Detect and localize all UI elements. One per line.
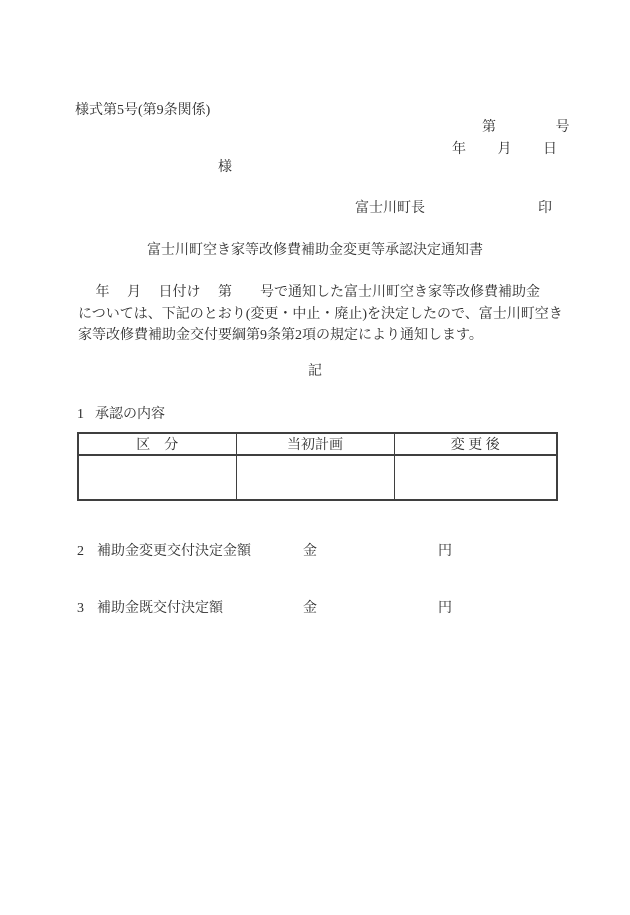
body-paragraph: 年 月 日付け 第 号で通知した富士川町空き家等改修費補助金 については、下記の… [78, 282, 563, 347]
record-marker: 記 [0, 364, 630, 379]
table-row [78, 455, 557, 500]
table-header-category: 区 分 [78, 433, 236, 455]
form-number: 様式第5号(第9条関係) [75, 103, 210, 118]
document-page: 様式第5号(第9条関係) 第 号 年 月 日 様 富士川町長 印 富士川町空き家… [0, 0, 630, 915]
document-title: 富士川町空き家等改修費補助金変更等承認決定通知書 [0, 243, 630, 258]
seal-mark: 印 [538, 201, 552, 216]
section-3-number: 3 [77, 601, 84, 616]
section-2-label: 補助金変更交付決定金額 [97, 544, 251, 559]
body-line: については、下記のとおり(変更・中止・廃止)を決定したので、富士川町空き [78, 304, 563, 326]
table-cell-after-change [394, 455, 557, 500]
section-1-label: 承認の内容 [95, 407, 165, 422]
recipient-honorific: 様 [218, 160, 232, 175]
table-cell-category [78, 455, 236, 500]
issuer-name: 富士川町長 [355, 201, 425, 216]
section-3-label: 補助金既交付決定額 [97, 601, 223, 616]
issue-date: 年 月 日 [452, 142, 557, 157]
table-header-after-change: 変 更 後 [394, 433, 557, 455]
body-line: 年 月 日付け 第 号で通知した富士川町空き家等改修費補助金 [78, 282, 563, 304]
section-2-amount-suffix: 円 [438, 544, 452, 559]
section-2-amount-prefix: 金 [303, 544, 317, 559]
section-3-amount-prefix: 金 [303, 601, 317, 616]
approval-table: 区 分 当初計画 変 更 後 [77, 432, 558, 501]
table-header-row: 区 分 当初計画 変 更 後 [78, 433, 557, 455]
table-cell-initial-plan [236, 455, 394, 500]
document-number: 第 号 [482, 120, 570, 135]
section-2-number: 2 [77, 544, 84, 559]
section-3-amount-suffix: 円 [438, 601, 452, 616]
section-1-number: 1 [77, 407, 84, 422]
table-header-initial-plan: 当初計画 [236, 433, 394, 455]
body-line: 家等改修費補助金交付要綱第9条第2項の規定により通知します。 [78, 325, 563, 347]
